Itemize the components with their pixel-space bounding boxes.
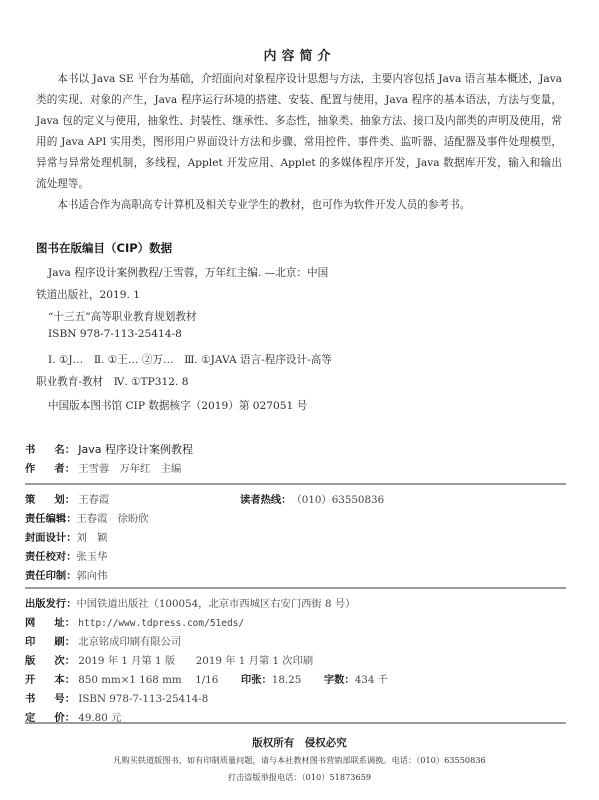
piracy-hotline: 打击盗版举报电话：（010）51873659	[0, 772, 599, 783]
intro-paragraph: 本书适合作为高职高专计算机及相关专业学生的教材，也可作为软件开发人员的参考书。	[36, 195, 562, 216]
cip-line: Java 程序设计案例教程/王雪蓉，万年红主编. —北京：中国	[48, 265, 328, 280]
edition-label: 版次：	[25, 652, 75, 667]
editor-row: 责任编辑：王春霞 徐盼欣	[25, 510, 149, 525]
website-label: 网址：	[25, 614, 75, 629]
hotline-row: 读者热线：（010）63550836	[240, 491, 384, 506]
isbn-value: ISBN 978-7-113-25414-8	[78, 693, 208, 705]
editor-value: 王春霞 徐盼欣	[76, 513, 148, 525]
format-label: 开本：	[25, 671, 75, 686]
planner-value: 王春霞	[78, 494, 109, 506]
printer-value: 北京铭成印刷有限公司	[78, 636, 181, 648]
book-author-row: 作者： 王雪蓉 万年红 主编	[25, 460, 181, 475]
printer-row: 印刷： 北京铭成印刷有限公司	[25, 633, 181, 648]
hotline-value: （010）63550836	[291, 494, 384, 506]
intro-title: 内容简介	[0, 45, 599, 64]
editor-label: 责任编辑：	[25, 510, 76, 525]
planner-row: 策划： 王春霞	[25, 491, 109, 506]
isbn-row: 书号： ISBN 978-7-113-25414-8	[25, 690, 208, 705]
printer-label: 印刷：	[25, 633, 75, 648]
cip-heading: 图书在版编目（CIP）数据	[36, 240, 172, 256]
divider	[25, 587, 566, 589]
print-supervisor-value: 郭向伟	[76, 570, 107, 582]
word-count-value: 434 千	[355, 674, 388, 686]
intro-paragraph: 本书以 Java SE 平台为基础，介绍面向对象程序设计思想与方法，主要内容包括…	[36, 69, 562, 195]
book-title-label: 书名：	[25, 441, 75, 456]
quality-notice: 凡购买铁道版图书，如有印制质量问题，请与本社教材图书营销部联系调换。电话：（01…	[0, 755, 599, 766]
website-link[interactable]: http://www.tdpress.com/51eds/	[78, 618, 244, 629]
proofreader-row: 责任校对：张玉华	[25, 548, 107, 563]
divider	[25, 722, 566, 724]
proofreader-label: 责任校对：	[25, 548, 76, 563]
website-row: 网址： http://www.tdpress.com/51eds/	[25, 614, 244, 629]
copyright-title: 版权所有 侵权必究	[0, 735, 599, 750]
cip-line: 中国版本图书馆 CIP 数据核字（2019）第 027051 号	[48, 398, 307, 413]
cover-design-value: 刘 颖	[76, 532, 107, 544]
publisher-value: 中国铁道出版社（100054，北京市西城区右安门西街 8 号）	[76, 598, 355, 610]
cip-line: 职业教育-教材 Ⅳ. ①TP312. 8	[36, 374, 188, 389]
book-title-row: 书名： Java 程序设计案例教程	[25, 441, 193, 457]
book-author-label: 作者：	[25, 460, 75, 475]
planner-label: 策划：	[25, 491, 75, 506]
sheets-value: 18.25	[272, 674, 301, 686]
proofreader-value: 张玉华	[76, 551, 107, 563]
cip-line: ISBN 978-7-113-25414-8	[48, 328, 182, 340]
cover-design-row: 封面设计：刘 颖	[25, 529, 107, 544]
isbn-label: 书号：	[25, 690, 75, 705]
publisher-row: 出版发行：中国铁道出版社（100054，北京市西城区右安门西街 8 号）	[25, 595, 355, 610]
print-supervisor-row: 责任印制：郭向伟	[25, 567, 107, 582]
format-value: 850 mm×1 168 mm 1/16	[78, 674, 218, 686]
sheets-label: 印张：	[241, 671, 272, 686]
cip-line: “十三五”高等职业教育规划教材	[48, 309, 197, 324]
cover-design-label: 封面设计：	[25, 529, 76, 544]
book-title-value: Java 程序设计案例教程	[78, 443, 193, 456]
intro-body: 本书以 Java SE 平台为基础，介绍面向对象程序设计思想与方法，主要内容包括…	[36, 69, 562, 216]
edition-value: 2019 年 1 月第 1 版 2019 年 1 月第 1 次印刷	[78, 655, 313, 667]
word-count-label: 字数：	[324, 671, 355, 686]
publisher-label: 出版发行：	[25, 595, 76, 610]
print-supervisor-label: 责任印制：	[25, 567, 76, 582]
cip-line: Ⅰ. ①J… Ⅱ. ①王… ②万… Ⅲ. ①JAVA 语言-程序设计-高等	[48, 352, 332, 367]
edition-row: 版次： 2019 年 1 月第 1 版 2019 年 1 月第 1 次印刷	[25, 652, 313, 667]
format-row: 开本： 850 mm×1 168 mm 1/16 印张：18.25 字数：434…	[25, 671, 388, 686]
book-author-value: 王雪蓉 万年红 主编	[78, 463, 181, 475]
cip-line: 铁道出版社，2019. 1	[36, 287, 140, 302]
hotline-label: 读者热线：	[240, 491, 291, 506]
divider	[25, 483, 566, 485]
